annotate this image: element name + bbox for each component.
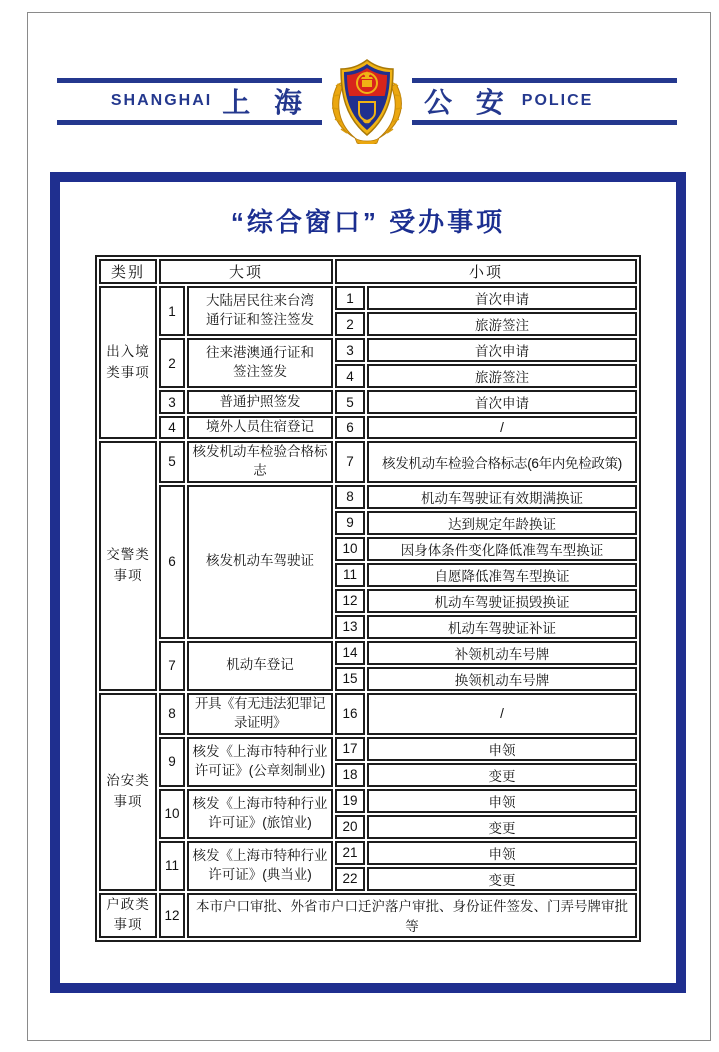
major-number-cell: 9 [159, 737, 185, 787]
category-cell: 交警类 事项 [99, 441, 157, 691]
minor-name-cell: 变更 [367, 815, 637, 839]
minor-name-cell: 旅游签注 [367, 364, 637, 388]
minor-name-cell: 核发机动车检验合格标志(6年内免检政策) [367, 441, 637, 483]
service-row: 11核发《上海市特种行业 许可证》(典当业)21申领 [99, 841, 637, 865]
minor-number-cell: 20 [335, 815, 365, 839]
poster-blue-frame: “综合窗口” 受办事项 类别 大项 小项 出入境 类事项1大陆居民往来台湾 通行… [50, 172, 686, 993]
minor-number-cell: 6 [335, 416, 365, 439]
poster-title: “综合窗口” 受办事项 [60, 202, 676, 239]
minor-number-cell: 5 [335, 390, 365, 414]
service-row: 户政类 事项12本市户口审批、外省市户口迁沪落户审批、身份证件签发、门弄号牌审批… [99, 893, 637, 939]
major-name-cell: 大陆居民往来台湾 通行证和签注签发 [187, 286, 333, 336]
minor-number-cell: 7 [335, 441, 365, 483]
major-number-cell: 6 [159, 485, 185, 639]
minor-name-cell: / [367, 693, 637, 735]
shanghai-cn-label: 上 海 [222, 81, 310, 121]
major-number-cell: 4 [159, 416, 185, 439]
major-number-cell: 1 [159, 286, 185, 336]
major-number-cell: 12 [159, 893, 185, 939]
major-number-cell: 10 [159, 789, 185, 839]
service-row: 10核发《上海市特种行业 许可证》(旅馆业)19申领 [99, 789, 637, 813]
minor-name-cell: 因身体条件变化降低准驾车型换证 [367, 537, 637, 561]
service-row: 交警类 事项5核发机动车检验合格标志7核发机动车检验合格标志(6年内免检政策) [99, 441, 637, 483]
police-header-band: SHANGHAI 上 海 [57, 56, 677, 144]
header-right-rule: 公 安 POLICE [412, 78, 677, 125]
minor-name-cell: / [367, 416, 637, 439]
minor-number-cell: 10 [335, 537, 365, 561]
header-left-rule: SHANGHAI 上 海 [57, 78, 322, 125]
minor-name-cell: 申领 [367, 789, 637, 813]
major-number-cell: 2 [159, 338, 185, 388]
minor-name-cell: 机动车驾驶证有效期满换证 [367, 485, 637, 509]
minor-name-cell: 首次申请 [367, 286, 637, 310]
service-row: 2往来港澳通行证和 签注签发3首次申请 [99, 338, 637, 362]
minor-name-cell: 机动车驾驶证补证 [367, 615, 637, 639]
police-badge-icon [324, 56, 410, 144]
service-row: 6核发机动车驾驶证8机动车驾驶证有效期满换证 [99, 485, 637, 509]
service-row: 治安类 事项8开具《有无违法犯罪记录证明》16/ [99, 693, 637, 735]
major-number-cell: 5 [159, 441, 185, 483]
col-header-major: 大项 [159, 259, 333, 284]
police-en-label: POLICE [522, 92, 594, 110]
col-header-minor: 小项 [335, 259, 637, 284]
minor-number-cell: 11 [335, 563, 365, 587]
major-name-cell: 核发《上海市特种行业 许可证》(典当业) [187, 841, 333, 891]
major-name-cell: 开具《有无违法犯罪记录证明》 [187, 693, 333, 735]
minor-number-cell: 21 [335, 841, 365, 865]
minor-number-cell: 2 [335, 312, 365, 336]
category-cell: 治安类 事项 [99, 693, 157, 891]
minor-number-cell: 8 [335, 485, 365, 509]
minor-name-cell: 旅游签注 [367, 312, 637, 336]
major-fullspan-cell: 本市户口审批、外省市户口迁沪落户审批、身份证件签发、门弄号牌审批等 [187, 893, 637, 939]
minor-number-cell: 3 [335, 338, 365, 362]
category-cell: 户政类 事项 [99, 893, 157, 939]
major-number-cell: 7 [159, 641, 185, 691]
minor-name-cell: 申领 [367, 737, 637, 761]
service-row: 9核发《上海市特种行业 许可证》(公章刻制业)17申领 [99, 737, 637, 761]
minor-name-cell: 首次申请 [367, 338, 637, 362]
minor-number-cell: 9 [335, 511, 365, 535]
table-header-row: 类别 大项 小项 [99, 259, 637, 284]
minor-number-cell: 22 [335, 867, 365, 891]
minor-number-cell: 12 [335, 589, 365, 613]
minor-number-cell: 16 [335, 693, 365, 735]
major-name-cell: 往来港澳通行证和 签注签发 [187, 338, 333, 388]
col-header-category: 类别 [99, 259, 157, 284]
gongan-cn-label: 公 安 [424, 81, 512, 121]
minor-number-cell: 4 [335, 364, 365, 388]
major-number-cell: 8 [159, 693, 185, 735]
minor-name-cell: 申领 [367, 841, 637, 865]
minor-name-cell: 自愿降低准驾车型换证 [367, 563, 637, 587]
major-number-cell: 11 [159, 841, 185, 891]
minor-number-cell: 17 [335, 737, 365, 761]
service-row: 4境外人员住宿登记6/ [99, 416, 637, 439]
shanghai-en-label: SHANGHAI [111, 92, 212, 110]
minor-number-cell: 15 [335, 667, 365, 691]
minor-number-cell: 14 [335, 641, 365, 665]
minor-number-cell: 18 [335, 763, 365, 787]
minor-number-cell: 1 [335, 286, 365, 310]
minor-name-cell: 变更 [367, 763, 637, 787]
service-row: 7机动车登记14补领机动车号牌 [99, 641, 637, 665]
major-name-cell: 核发机动车驾驶证 [187, 485, 333, 639]
minor-name-cell: 换领机动车号牌 [367, 667, 637, 691]
major-name-cell: 机动车登记 [187, 641, 333, 691]
minor-number-cell: 19 [335, 789, 365, 813]
major-name-cell: 核发《上海市特种行业 许可证》(旅馆业) [187, 789, 333, 839]
category-cell: 出入境 类事项 [99, 286, 157, 439]
major-name-cell: 核发《上海市特种行业 许可证》(公章刻制业) [187, 737, 333, 787]
minor-name-cell: 首次申请 [367, 390, 637, 414]
minor-name-cell: 机动车驾驶证损毁换证 [367, 589, 637, 613]
service-row: 出入境 类事项1大陆居民往来台湾 通行证和签注签发1首次申请 [99, 286, 637, 310]
minor-name-cell: 补领机动车号牌 [367, 641, 637, 665]
service-row: 3普通护照签发5首次申请 [99, 390, 637, 414]
minor-name-cell: 达到规定年龄换证 [367, 511, 637, 535]
services-table-body: 出入境 类事项1大陆居民往来台湾 通行证和签注签发1首次申请2旅游签注2往来港澳… [99, 286, 637, 938]
major-number-cell: 3 [159, 390, 185, 414]
services-table: 类别 大项 小项 出入境 类事项1大陆居民往来台湾 通行证和签注签发1首次申请2… [95, 255, 641, 942]
minor-name-cell: 变更 [367, 867, 637, 891]
major-name-cell: 普通护照签发 [187, 390, 333, 414]
major-name-cell: 境外人员住宿登记 [187, 416, 333, 439]
major-name-cell: 核发机动车检验合格标志 [187, 441, 333, 483]
minor-number-cell: 13 [335, 615, 365, 639]
